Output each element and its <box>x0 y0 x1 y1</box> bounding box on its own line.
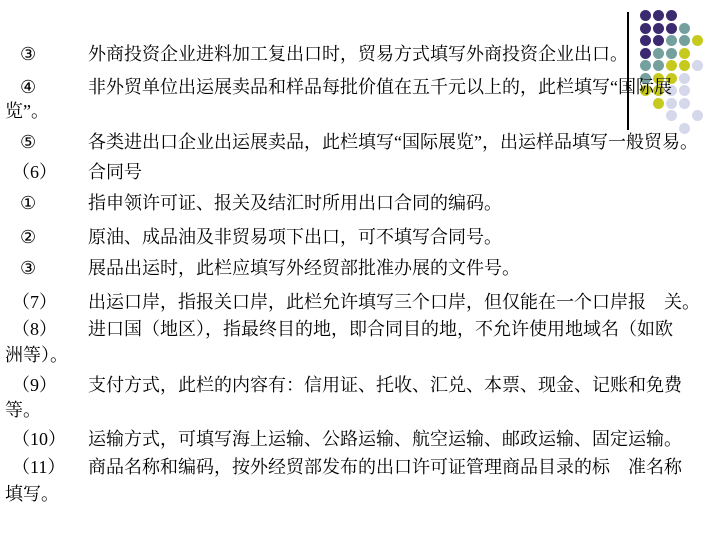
dot-decoration <box>653 23 664 34</box>
dot-decoration <box>692 110 703 121</box>
dot-decoration <box>640 48 651 59</box>
dot-decoration <box>692 35 703 46</box>
dot-decoration <box>640 35 651 46</box>
item-text-continuation: 览”。 <box>5 99 49 123</box>
dot-decoration <box>679 60 690 71</box>
item-text: 各类进出口企业出运展卖品，此栏填写“国际展览”，出运样品填写一般贸易。 <box>88 130 698 154</box>
item-text: 出运口岸，指报关口岸，此栏允许填写三个口岸，但仅能在一个口岸报 关。 <box>88 290 700 314</box>
item-marker: ⑤ <box>20 130 36 154</box>
item-text: 运输方式，可填写海上运输、公路运输、航空运输、邮政运输、固定运输。 <box>88 427 682 451</box>
item-marker: ③ <box>20 42 36 66</box>
item-marker: （9） <box>12 373 57 397</box>
dot-decoration <box>653 98 664 109</box>
dot-decoration <box>679 35 690 46</box>
dot-decoration <box>679 85 690 96</box>
item-text: 非外贸单位出运展卖品和样品每批价值在五千元以上的，此栏填写“国际展 <box>88 75 672 99</box>
dot-decoration <box>679 73 690 84</box>
item-text: 展品出运时，此栏应填写外经贸部批准办展的文件号。 <box>88 256 520 280</box>
dot-decoration <box>640 23 651 34</box>
dot-decoration <box>679 98 690 109</box>
item-text-continuation: 填写。 <box>5 482 59 506</box>
dot-decoration <box>653 48 664 59</box>
item-marker: ③ <box>20 256 36 280</box>
slide-canvas: ③ 外商投资企业进料加工复出口时，贸易方式填写外商投资企业出口。 ④ 非外贸单位… <box>0 0 720 540</box>
dot-decoration <box>692 60 703 71</box>
item-text: 指申领许可证、报关及结汇时所用出口合同的编码。 <box>88 191 502 215</box>
dot-decoration <box>666 48 677 59</box>
item-text: 支付方式，此栏的内容有：信用证、托收、汇兑、本票、现金、记账和免费 <box>88 373 682 397</box>
dot-decoration <box>640 60 651 71</box>
item-marker: ② <box>20 225 36 249</box>
item-text: 合同号 <box>88 160 142 184</box>
dot-decoration <box>653 60 664 71</box>
dot-decoration <box>666 110 677 121</box>
item-text-continuation: 等。 <box>5 398 41 422</box>
item-marker: （6） <box>12 160 57 184</box>
dot-decoration <box>666 35 677 46</box>
item-text: 原油、成品油及非贸易项下出口，可不填写合同号。 <box>88 225 502 249</box>
item-marker: （10） <box>12 427 66 451</box>
dot-decoration <box>666 98 677 109</box>
item-marker: （8） <box>12 317 57 341</box>
dot-decoration <box>679 48 690 59</box>
dot-decoration <box>653 35 664 46</box>
item-text: 外商投资企业进料加工复出口时，贸易方式填写外商投资企业出口。 <box>88 42 628 66</box>
dot-decoration <box>679 23 690 34</box>
item-text-continuation: 洲等）。 <box>5 343 68 367</box>
item-marker: （11） <box>12 455 65 479</box>
item-marker: ① <box>20 191 36 215</box>
dot-decoration <box>666 23 677 34</box>
dot-decoration <box>666 60 677 71</box>
item-text: 商品名称和编码，按外经贸部发布的出口许可证管理商品目录的标 准名称 <box>88 455 682 479</box>
item-marker: ④ <box>20 75 36 99</box>
vertical-rule <box>627 12 629 130</box>
dot-decoration <box>666 10 677 21</box>
dot-decoration <box>640 10 651 21</box>
item-marker: （7） <box>12 290 57 314</box>
item-text: 进口国（地区），指最终目的地，即合同目的地，不允许使用地域名（如欧 <box>88 317 673 341</box>
dot-decoration <box>653 10 664 21</box>
